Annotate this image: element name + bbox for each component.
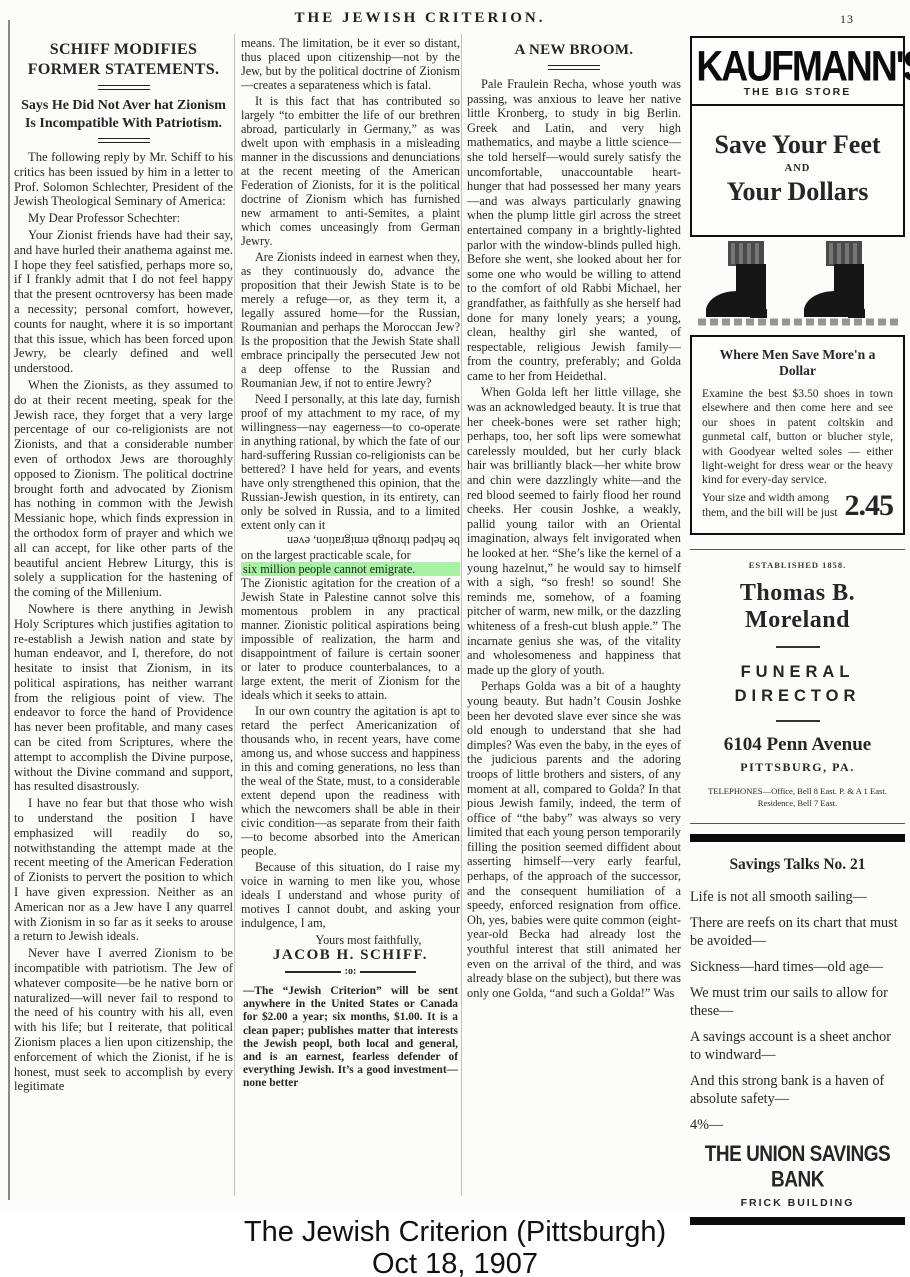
kaufmanns-headline-bottom: Your Dollars <box>698 177 897 207</box>
moreland-rule <box>776 720 820 722</box>
moreland-phones-line2: Residence, Bell 7 East. <box>690 797 905 809</box>
broom-paragraphs: Pale Fraulein Recha, whose youth was pas… <box>467 77 681 1000</box>
emigration-post-text: The Zionistic agitation for the creation… <box>241 576 460 702</box>
closing-salutation: Yours most faithfully, <box>277 933 460 947</box>
highlighted-line: six million people cannot emigrate. <box>241 562 460 576</box>
caption-date: Oct 18, 1907 <box>0 1248 910 1277</box>
column-rule <box>234 34 235 1196</box>
savings-line: We must trim our sails to allow for thes… <box>690 984 905 1020</box>
paragraph: In our own country the agitation is apt … <box>241 704 460 858</box>
emigration-pre-text: Need I personally, at this late day, fur… <box>241 392 460 532</box>
paragraph: Never have I averred Zionism to be incom… <box>14 946 233 1094</box>
moreland-established: ESTABLISHED 1858. <box>690 560 905 570</box>
moreland-role-line2: DIRECTOR <box>690 684 905 708</box>
kaufmanns-sub-headline: Where Men Save More'n a Dollar <box>702 347 893 379</box>
divider-line <box>360 971 416 973</box>
flipped-line: be helped through emigration, even <box>241 534 460 548</box>
kaufmanns-headline-top: Save Your Feet <box>698 130 897 160</box>
kaufmanns-headline: Save Your Feet AND Your Dollars <box>692 106 903 235</box>
moreland-phones: TELEPHONES—Office, Bell 8 East. P. & A 1… <box>690 785 905 809</box>
headline-rule <box>98 138 150 143</box>
divider-mark: :o: <box>345 965 357 979</box>
schiff-paragraphs: The following reply by Mr. Schiff to his… <box>14 150 233 1094</box>
column-schiff-continued: means. The limitation, be it ever so dis… <box>241 36 460 1208</box>
paragraph: Are Zionists indeed in earnest when they… <box>241 250 460 390</box>
column-new-broom: A NEW BROOM. Pale Fraulein Recha, whose … <box>467 36 681 1202</box>
savings-talks-heading: Savings Talks No. 21 <box>690 856 905 874</box>
masthead-title: THE JEWISH CRITERION. <box>0 10 840 27</box>
caption-title: The Jewish Criterion (Pittsburgh) <box>0 1216 910 1248</box>
column-schiff: SCHIFF MODIFIES FORMER STATEMENTS. Says … <box>14 36 233 1206</box>
newspaper-scan: THE JEWISH CRITERION. 13 SCHIFF MODIFIES… <box>0 0 910 1212</box>
broom-headline: A NEW BROOM. <box>473 40 675 60</box>
paragraph: Perhaps Golda was a bit of a haughty you… <box>467 679 681 1000</box>
moreland-city: PITTSBURG, PA. <box>690 760 905 775</box>
scan-edge-line <box>8 20 10 1200</box>
scale-line: on the largest practicable scale, for <box>241 548 460 562</box>
paragraph: The following reply by Mr. Schiff to his… <box>14 150 233 209</box>
paragraph: When Golda left her little village, she … <box>467 385 681 677</box>
moreland-rule <box>776 646 820 648</box>
savings-line: There are reefs on its chart that must b… <box>690 914 905 950</box>
paragraph: Nowhere is there anything in Jewish Holy… <box>14 602 233 794</box>
ad-divider-line <box>690 823 905 824</box>
savings-line: And this strong bank is a haven of absol… <box>690 1072 905 1108</box>
archive-caption: The Jewish Criterion (Pittsburgh) Oct 18… <box>0 1216 910 1277</box>
savings-bank-ad: Savings Talks No. 21 Life is not all smo… <box>690 856 905 1209</box>
kaufmanns-offer-box: Where Men Save More'n a Dollar Examine t… <box>690 335 905 535</box>
boots-illustration <box>695 241 901 329</box>
ad-divider-line <box>690 549 905 550</box>
union-savings-bank-location: FRICK BUILDING <box>690 1197 905 1209</box>
column2-top-paragraphs: means. The limitation, be it ever so dis… <box>241 36 460 390</box>
schiff-subhead: Says He Did Not Aver hat Zionism Is Inco… <box>18 97 229 133</box>
kaufmanns-headline-and: AND <box>698 163 897 174</box>
kaufmanns-store-name: KAUFMANN'S <box>696 43 910 91</box>
column-rule <box>461 34 462 1196</box>
paragraph: Your Zionist friends have had their say,… <box>14 228 233 376</box>
schiff-headline: SCHIFF MODIFIES FORMER STATEMENTS. <box>20 40 227 80</box>
paragraph: When the Zionists, as they assumed to do… <box>14 378 233 600</box>
savings-talks-lines: Life is not all smooth sailing—There are… <box>690 888 905 1134</box>
divider-line <box>285 971 341 973</box>
paragraph: It is this fact that has contributed so … <box>241 94 460 248</box>
moreland-role-line1: FUNERAL <box>690 660 905 684</box>
closing-signature: JACOB H. SCHIFF. <box>241 948 460 962</box>
savings-line: A savings account is a sheet anchor to w… <box>690 1028 905 1064</box>
moreland-name: Thomas B. Moreland <box>690 580 905 634</box>
section-divider: :o: <box>241 965 460 979</box>
union-savings-bank-name: THE UNION SAVINGS BANK <box>690 1143 905 1194</box>
column2-bottom-paragraphs: In our own country the agitation is apt … <box>241 704 460 930</box>
headline-rule <box>98 85 150 90</box>
kaufmanns-price: 2.45 <box>845 489 894 523</box>
paragraph: My Dear Professor Schechter: <box>14 211 233 226</box>
kaufmanns-logo: KAUFMANN'S THE BIG STORE <box>692 38 903 106</box>
page-number: 13 <box>840 12 854 27</box>
paragraph: Because of this situation, do I raise my… <box>241 860 460 930</box>
paragraph: means. The limitation, be it ever so dis… <box>241 36 460 92</box>
emigration-paragraph: Need I personally, at this late day, fur… <box>241 392 460 532</box>
kaufmanns-body-tail: Your size and width among them, and the … <box>702 491 840 520</box>
headline-rule <box>548 65 600 70</box>
savings-line: Sickness—hard times—old age— <box>690 958 905 976</box>
kaufmanns-price-line: Your size and width among them, and the … <box>702 489 893 523</box>
moreland-ad: ESTABLISHED 1858. Thomas B. Moreland FUN… <box>690 560 905 809</box>
newspaper-page: THE JEWISH CRITERION. 13 SCHIFF MODIFIES… <box>0 0 910 1277</box>
ads-column: KAUFMANN'S THE BIG STORE Save Your Feet … <box>690 36 905 1239</box>
kaufmanns-body-text: Examine the best $3.50 shoes in town els… <box>702 387 893 488</box>
paragraph: I have no fear but that those who wish t… <box>14 796 233 944</box>
subscription-note: —The “Jewish Criterion” will be sent any… <box>243 985 458 1091</box>
savings-line: Life is not all smooth sailing— <box>690 888 905 906</box>
thick-divider-bar <box>690 834 905 842</box>
moreland-address: 6104 Penn Avenue <box>690 734 905 756</box>
savings-line: 4%— <box>690 1116 905 1134</box>
paragraph: Pale Fraulein Recha, whose youth was pas… <box>467 77 681 383</box>
moreland-phones-line1: TELEPHONES—Office, Bell 8 East. P. & A 1… <box>690 785 905 797</box>
kaufmanns-ad: KAUFMANN'S THE BIG STORE Save Your Feet … <box>690 36 905 237</box>
